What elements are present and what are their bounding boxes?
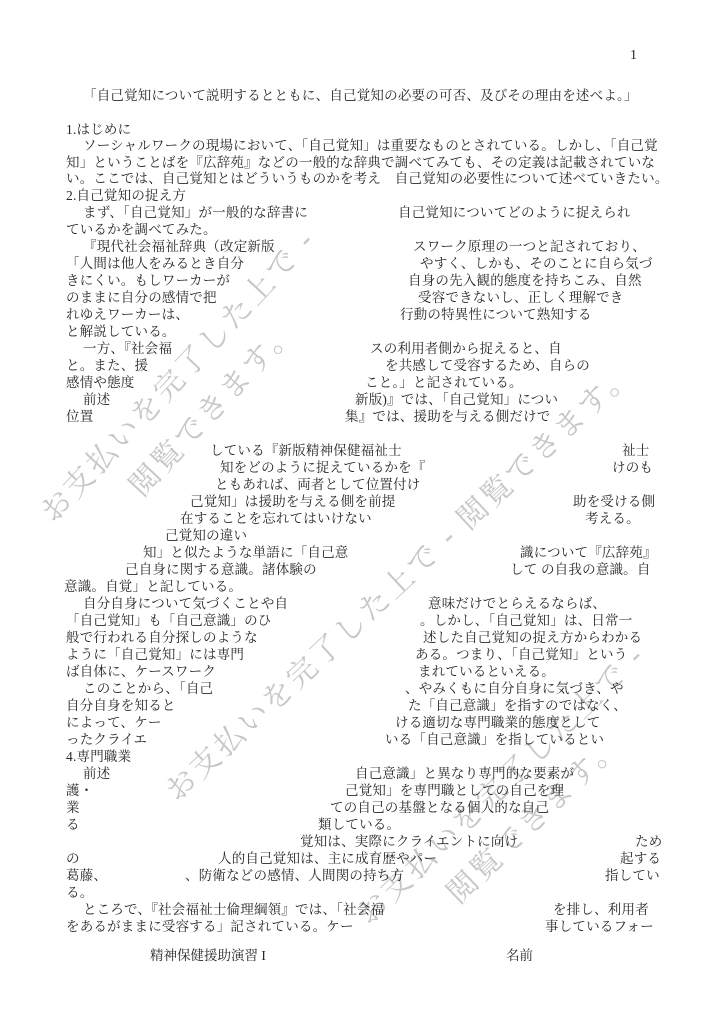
text-fragment: 覚知は、実際にクライエントに向け [300,834,518,849]
text-fragment: 己自身に関する意識。諸体験の [125,562,317,577]
text-fragment: のままに自分の感情で把 [66,290,217,305]
text-fragment: 、やみくもに自分自身に気づき、や [405,681,624,696]
text-fragment: 述した自己覚知の捉え方からわかる [423,630,642,645]
text-fragment: 葛藤、 [66,868,107,883]
text-fragment: 類している。 [318,817,400,832]
text-fragment: 在することを忘れてはいけない [180,511,372,526]
text-fragment: 知」と似たような単語に「自己意 [143,545,349,560]
text-fragment: 自身の先入観的態度を持ちこみ、自然 [408,273,642,288]
text-fragment: 己覚知の違い [165,528,247,543]
text-fragment: 1.はじめに [66,122,131,137]
text-fragment: 人的自己覚知は、主に成育歴やパー [218,851,437,866]
text-fragment: 己覚知」を専門職としての自己を理 [345,783,564,798]
text-fragment: 、防衛などの感情、人間関の持ち方 [185,868,404,883]
text-fragment: 自分自身を知ると [66,698,176,713]
footer-name-label: 名前 [506,944,533,964]
text-fragment: る。 [66,885,93,900]
text-fragment: る [66,817,80,832]
text-fragment: ける適切な専門職業的態度として [395,715,601,730]
text-fragment: している『新版精神保健福祉士 [210,443,402,458]
text-fragment: こと。」と記されている。 [365,375,523,390]
text-fragment: れゆえワーカーは、 [66,307,189,322]
text-fragment: ともあれば、両者として位置付け [215,477,421,492]
text-fragment: 位置 [66,409,93,424]
text-fragment: 。しかし、「自己覚知」は、日常一 [420,613,632,628]
text-fragment: 知」ということばを『広辞苑』などの一般的な辞典で調べてみても、その定義は記載され… [66,155,655,170]
text-fragment: ように「自己覚知」には専門 [66,647,244,662]
text-layer: 「自己覚知について説明するとともに、自己覚知の必要の可否、及びその理由を述べよ。… [0,0,724,1024]
text-fragment: まず、「自己覚知」が一般的な辞書に [83,205,308,220]
text-fragment: スの利用者側から捉えると、自 [370,341,562,356]
text-fragment: 考える。 [585,511,640,526]
text-fragment: 指してい [605,868,660,883]
text-fragment: の [66,851,80,866]
text-fragment: まれているといえる。 [418,664,555,679]
text-fragment: して の自我の意識。自 [510,562,651,577]
text-fragment: 己覚知」は援助を与える側を前提 [190,494,396,509]
text-fragment: 祉士 [622,443,649,458]
text-fragment: やすく、しかも、そのことに自ら気づ [420,256,653,271]
text-fragment: 業 [66,800,80,815]
text-fragment: 「自己覚知」も「自己意識」のひ [66,613,272,628]
text-fragment: きにくい。もしワーカーが [66,273,230,288]
text-fragment: 起する [620,851,661,866]
text-fragment: 受容できないし、正しく理解でき [418,290,624,305]
text-fragment: 知をどのように捉えているかを『 [220,460,426,475]
document-page: 1 お支払いを完了した上で - 閲覧できます。お支払いを完了した上で - 閲覧で… [0,0,724,1024]
text-fragment: ため [635,834,662,849]
footer-course-label: 精神保健援助演習 I [150,944,266,964]
text-fragment: を排し、利用者 [553,902,649,917]
text-fragment: 『現代社会福祉辞典（改定新版 [83,239,275,254]
text-fragment: をあるがままに受容する」記されている。ケー [66,919,354,934]
text-fragment: 自分自身について気づくことや自 [83,596,288,611]
text-fragment: 識について『広辞苑』 [520,545,657,560]
text-fragment: 「人間は他人をみるとき自分 [66,256,244,271]
text-fragment: ているかを調べてみた。 [66,222,217,237]
text-fragment: によって、ケー [66,715,162,730]
text-fragment: 2.自己覚知の捉え方 [66,188,186,203]
text-fragment: 意味だけでとらえるならば、 [428,596,606,611]
text-fragment: 自己覚知についてどのように捉えられ [398,205,631,220]
text-fragment: ば自体に、ケースワーク [66,664,216,679]
text-fragment: と解説している。 [66,324,176,339]
text-fragment: 護・ [66,783,93,798]
text-fragment: 新版)』では、「自己覚知」につい [355,392,558,407]
text-fragment: 一方、『社会福 [83,341,172,356]
text-fragment: けのも [612,460,653,475]
text-fragment: スワーク原理の一つと記されており、 [413,239,646,254]
text-fragment: 「自己覚知について説明するとともに、自己覚知の必要の可否、及びその理由を述べよ。… [83,88,638,103]
text-fragment: 集』では、援助を与える側だけで [345,409,551,424]
text-fragment: 4.専門職業 [66,749,131,764]
text-fragment: を共感して受容するため、自らの [385,358,590,373]
text-fragment: 感情や態度 [66,375,135,390]
text-fragment: ての自己の基盤となる個人的な自己 [330,800,549,815]
text-fragment: ところで、『社会福祉士倫理綱領』では、「社会福 [83,902,384,917]
text-fragment: 自己意識」と異なり専門的な要素が [355,766,574,781]
text-fragment: 行動の特異性について熟知する [400,307,592,322]
text-fragment: 意識。自覚」と記している。 [64,579,242,594]
text-fragment: ソーシャルワークの現場において、「自己覚知」は重要なものとされている。しかし、「… [83,138,658,153]
text-fragment: い。ここでは、自己覚知とはどういうものかを考え 自己覚知の必要性について述べてい… [66,171,669,186]
text-fragment: 般で行われる自分探しのような [66,630,258,645]
text-fragment: と。また、援 [66,358,148,373]
text-fragment: た「自己意識」を指すのではなく、 [408,698,627,713]
text-fragment: ある。つまり、「自己覚知」という [415,647,627,662]
text-fragment: このことから、「自己 [83,681,213,696]
text-fragment: ったクライエ [66,732,147,747]
text-fragment: 助を受ける側 [573,494,655,509]
text-fragment: 前述 [83,766,110,781]
text-fragment: いる「自己意識」を指しているとい [385,732,604,747]
text-fragment: 事しているフォー [545,919,654,934]
text-fragment: 前述 [83,392,110,407]
